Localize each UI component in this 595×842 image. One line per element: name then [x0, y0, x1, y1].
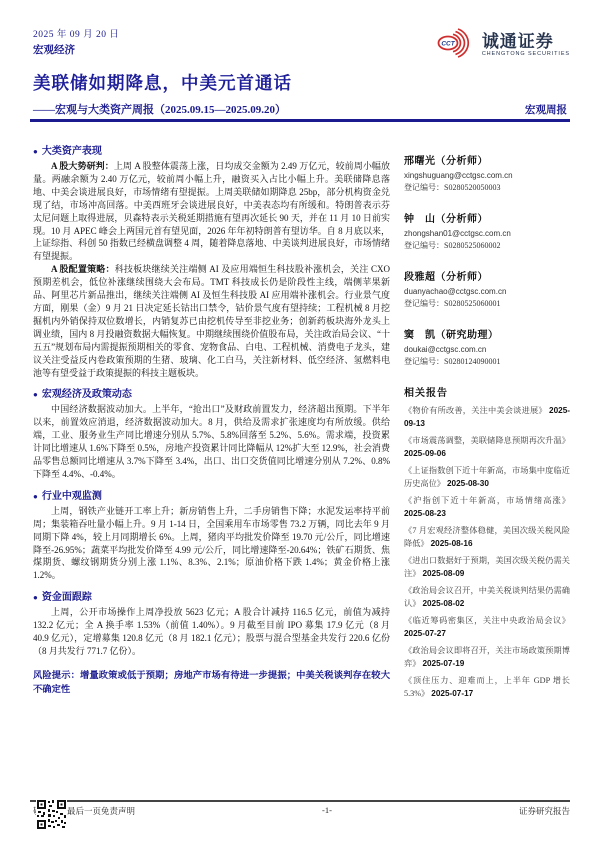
report-subtitle: ——宏观与大类资产周报（2025.09.15—2025.09.20）	[33, 101, 286, 117]
section-bullet-icon: ●	[33, 147, 38, 156]
qr-code	[36, 799, 67, 830]
related-report-item: 《进出口数据好于预期，美国次级关税仍需关注》 2025-08-09	[404, 555, 570, 580]
paragraph-text: 科技板块继续关注端侧 AI 及应用端恒生科技股补涨机会，关注 CXO 预期差机会…	[33, 264, 390, 377]
analyst-email: doukai@cctgsc.com.cn	[404, 345, 570, 354]
footer-right-label: 证券研究报告	[519, 805, 570, 817]
header-divider	[30, 119, 570, 122]
section-heading-funds-tracking: ● 资金面跟踪	[33, 588, 390, 603]
related-report-item: 《7 月宏观经济整体稳健，美国次级关税风险降低》 2025-08-16	[404, 525, 570, 550]
paragraph: 上周，钢铁产业链开工率上升；新房销售上升，二手房销售下降；水泥发运率持平前周；集…	[33, 505, 390, 582]
footer-page-number: -1-	[322, 805, 332, 817]
related-report-item: 《市场震荡调整，美联储降息预期再次升温》 2025-09-06	[404, 435, 570, 460]
risk-warning: 风险提示：增量政策或低于预期；房地产市场有待进一步提振；中美关税谈判存在较大不确…	[33, 669, 390, 697]
sidebar: 邢曙光（分析师） xingshuguang@cctgsc.com.cn 登记编号…	[404, 136, 570, 796]
paragraph: 上周，公开市场操作上周净投放 5623 亿元；A 股合计减持 116.5 亿元，…	[33, 606, 390, 658]
footer: 敬请参阅最后一页免责声明 -1- 证券研究报告	[33, 805, 570, 817]
related-report-item: 《顶住压力、迎难而上，上半年 GDP 增长 5.3%》 2025-07-17	[404, 675, 570, 700]
brand-logo: CCT 诚通证券 CHENGTONG SECURITIES	[436, 26, 570, 65]
section-bullet-icon: ●	[33, 390, 38, 399]
analyst-block: 钟 山（分析师） zhongshan01@cctgsc.com.cn 登记编号：…	[404, 210, 570, 251]
paragraph: 中国经济数据波动加大。上半年，“抢出口”及财政前置发力，经济超出预期。下半年以来…	[33, 403, 390, 480]
analyst-block: 段雅超（分析师） duanyachao@cctgsc.com.cn 登记编号：S…	[404, 268, 570, 309]
analyst-registration: 登记编号：S0280520050003	[404, 182, 570, 193]
report-category: 宏观经济	[33, 42, 75, 57]
section-bullet-icon: ●	[33, 593, 38, 602]
report-page: 2025 年 09 月 20 日 宏观经济 CCT 诚通证券 CHENGTONG…	[0, 0, 595, 842]
analyst-email: zhongshan01@cctgsc.com.cn	[404, 229, 570, 238]
analyst-name: 邢曙光（分析师）	[404, 152, 570, 167]
brand-name-cn: 诚通证券	[482, 33, 570, 50]
related-report-item: 《政治局会议召开，中美关税谈判结果仍需确认》 2025-08-02	[404, 585, 570, 610]
related-report-item: 《物价有所改善，关注中美会谈进展》 2025-09-13	[404, 405, 570, 430]
analyst-registration: 登记编号：S0280124090001	[404, 356, 570, 367]
paragraph-text: 中国经济数据波动加大。上半年，“抢出口”及财政前置发力，经济超出预期。下半年以来…	[33, 404, 390, 479]
paragraph-text: 上周，公开市场操作上周净投放 5623 亿元；A 股合计减持 116.5 亿元，…	[33, 607, 390, 656]
paragraph-text: 上周，钢铁产业链开工率上升；新房销售上升，二手房销售下降；水泥发运率持平前周；集…	[33, 506, 390, 581]
paragraph: A 股配置策略：科技板块继续关注端侧 AI 及应用端恒生科技股补涨机会，关注 C…	[33, 263, 390, 379]
paragraph-text: 上周 A 股整体震荡上涨，日均成交金额为 2.49 万亿元，较前周小幅放量。两融…	[33, 161, 390, 261]
related-report-item: 《上证指数创下近十年新高，市场集中度临近历史高位》 2025-08-30	[404, 465, 570, 490]
section-heading-industry-monitor: ● 行业中观监测	[33, 487, 390, 502]
brand-name-en: CHENGTONG SECURITIES	[482, 52, 570, 58]
related-report-item: 《沪指创下近十年新高，市场情绪高涨》 2025-08-23	[404, 495, 570, 520]
section-heading-macro-policy: ● 宏观经济及政策动态	[33, 385, 390, 400]
section-bullet-icon: ●	[33, 492, 38, 501]
report-type-label: 宏观周报	[525, 102, 567, 117]
related-report-item: 《政治局会议即将召开，关注市场政策预期博弈》 2025-07-19	[404, 645, 570, 670]
report-title: 美联储如期降息，中美元首通话	[33, 70, 292, 95]
analyst-name: 段雅超（分析师）	[404, 268, 570, 283]
paragraph-lead: A 股配置策略：	[51, 264, 115, 274]
analyst-email: duanyachao@cctgsc.com.cn	[404, 287, 570, 296]
main-column: ● 大类资产表现 A 股大势研判：上周 A 股整体震荡上涨，日均成交金额为 2.…	[33, 136, 390, 796]
paragraph-lead: A 股大势研判：	[51, 161, 114, 171]
analyst-name: 窦 凯（研究助理）	[404, 326, 570, 341]
related-reports-heading: 相关报告	[404, 384, 570, 399]
section-heading-asset-performance: ● 大类资产表现	[33, 142, 390, 157]
analyst-registration: 登记编号：S0280525060002	[404, 240, 570, 251]
analyst-registration: 登记编号：S0280525060001	[404, 298, 570, 309]
analyst-block: 窦 凯（研究助理） doukai@cctgsc.com.cn 登记编号：S028…	[404, 326, 570, 367]
svg-text:CCT: CCT	[441, 41, 455, 48]
analyst-name: 钟 山（分析师）	[404, 210, 570, 225]
paragraph: A 股大势研判：上周 A 股整体震荡上涨，日均成交金额为 2.49 万亿元，较前…	[33, 160, 390, 263]
analyst-email: xingshuguang@cctgsc.com.cn	[404, 171, 570, 180]
related-report-item: 《临近筹码密集区，关注中央政治局会议》 2025-07-27	[404, 615, 570, 640]
report-date: 2025 年 09 月 20 日	[33, 26, 119, 40]
analyst-block: 邢曙光（分析师） xingshuguang@cctgsc.com.cn 登记编号…	[404, 152, 570, 193]
brand-logo-icon: CCT	[436, 26, 478, 65]
footer-divider	[30, 800, 570, 802]
